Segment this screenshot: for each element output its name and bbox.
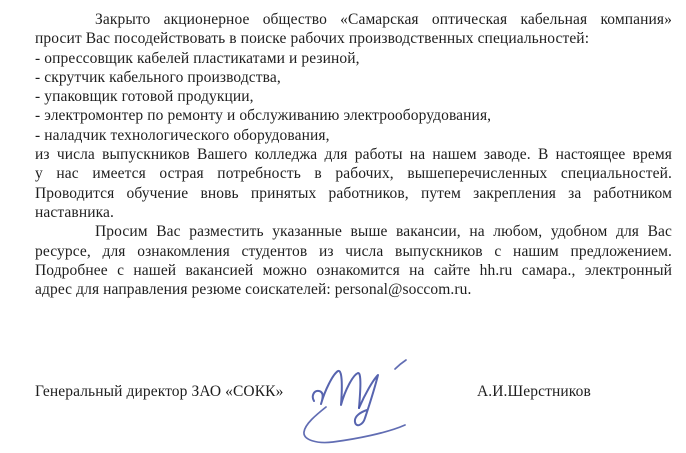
vacancy-list-item: - опрессовщик кабелей пластикатами и рез… (35, 49, 672, 68)
body-line: Закрыто акционерное общество «Самарская … (35, 10, 672, 29)
signatory-name: А.И.Шерстников (477, 382, 591, 401)
vacancy-list-item: - скрутчик кабельного производства, (35, 68, 672, 87)
body-line: Подробнее с нашей вакансией можно ознако… (35, 261, 672, 280)
body-line: из числа выпускников Вашего колледжа для… (35, 145, 672, 164)
body-line: у нас имеется острая потребность в рабоч… (35, 164, 672, 183)
body-line: наставника. (35, 203, 672, 222)
letter-page: Закрыто акционерное общество «Самарская … (0, 0, 686, 453)
vacancy-list-item: - наладчик технологического оборудования… (35, 126, 672, 145)
letter-body: Закрыто акционерное общество «Самарская … (35, 10, 672, 299)
signature-title: Генеральный директор ЗАО «СОКК» (35, 382, 283, 401)
body-line: адрес для направления резюме соискателей… (35, 280, 672, 299)
vacancy-list-item: - упаковщик готовой продукции, (35, 87, 672, 106)
body-line: ресурсе, для ознакомления студентов из ч… (35, 242, 672, 261)
vacancy-list-item: - электромонтер по ремонту и обслуживани… (35, 106, 672, 125)
body-line: Проводится обучение вновь принятых работ… (35, 184, 672, 203)
signature-ink-icon (301, 352, 431, 448)
body-line: Просим Вас разместить указанные выше вак… (35, 222, 672, 241)
body-line: просит Вас посодействовать в поиске рабо… (35, 29, 672, 48)
